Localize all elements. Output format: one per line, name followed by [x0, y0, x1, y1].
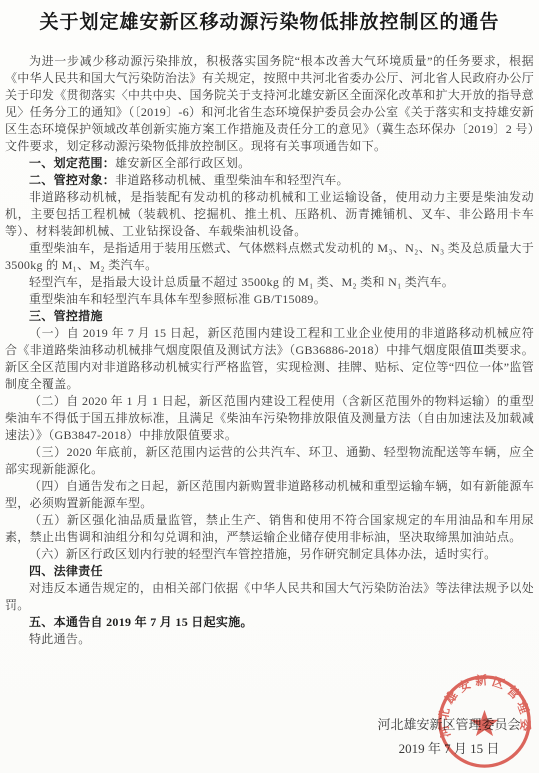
paragraph-lead: 二、管控对象： [29, 173, 115, 187]
paragraph: 非道路移动机械，是指装配有发动机的移动机械和工业运输设备，使用动力主要是柴油发动… [5, 189, 534, 240]
document-body: 为进一步减少移动源污染排放，积极落实国务院“根本改善大气环境质量”的任务要求，根… [5, 53, 534, 648]
paragraph: （二）自 2020 年 1 月 1 日起，新区范围内建设工程使用（含新区范围外的… [5, 393, 534, 444]
paragraph: 二、管控对象：非道路移动机械、重型柴油车和轻型汽车。 [5, 172, 534, 189]
paragraph: 三、管控措施 [5, 308, 534, 325]
paragraph-lead: 四、法律责任 [29, 564, 103, 578]
paragraph: 轻型汽车，是指最大设计总质量不超过 3500kg 的 M₁ 类、M₂ 类和 N₁… [5, 274, 534, 291]
paragraph: 四、法律责任 [5, 563, 534, 580]
document-title: 关于划定雄安新区移动源污染物低排放控制区的通告 [5, 10, 534, 36]
paragraph: （四）自通告发布之日起，新区范围内新购置非道路移动机械和重型运输车辆，如有新能源… [5, 478, 534, 512]
signature-block: 河北雄安新区管理委员会 2019 年 7 月 15 日 [369, 713, 529, 761]
paragraph: （五）新区强化油品质量监管，禁止生产、销售和使用不符合国家规定的车用油品和车用尿… [5, 512, 534, 546]
paragraph-lead: 五、本通告自 2019 年 7 月 15 日起实施。 [29, 615, 253, 629]
signature-date: 2019 年 7 月 15 日 [369, 737, 529, 761]
paragraph: 五、本通告自 2019 年 7 月 15 日起实施。 [5, 614, 534, 631]
scanned-notice-page: 关于划定雄安新区移动源污染物低排放控制区的通告 为进一步减少移动源污染排放，积极… [0, 0, 539, 773]
paragraph: 对违反本通告规定的，由相关部门依据《中华人民共和国大气污染防治法》等法律法规予以… [5, 580, 534, 614]
paragraph-lead: 一、划定范围： [29, 156, 115, 170]
paragraph: （一）自 2019 年 7 月 15 日起，新区范围内建设工程和工业企业使用的非… [5, 325, 534, 393]
paragraph: 重型柴油车和轻型汽车具体车型参照标准 GB/T15089。 [5, 291, 534, 308]
paragraph: 特此通告。 [5, 631, 534, 648]
paragraph: 一、划定范围：雄安新区全部行政区划。 [5, 155, 534, 172]
signature-org: 河北雄安新区管理委员会 [369, 713, 529, 737]
paragraph-lead: 三、管控措施 [29, 309, 103, 323]
paragraph: （三）2020 年底前，新区范围内运营的公共汽车、环卫、通勤、轻型物流配送等车辆… [5, 444, 534, 478]
paragraph: 重型柴油车，是指适用于装用压燃式、气体燃料点燃式发动机的 M₃、N₂、N₃ 类及… [5, 240, 534, 274]
paragraph: （六）新区行政区划内行驶的轻型汽车管控措施，另作研究制定具体办法，适时实行。 [5, 546, 534, 563]
paragraph: 为进一步减少移动源污染排放，积极落实国务院“根本改善大气环境质量”的任务要求，根… [5, 53, 534, 155]
